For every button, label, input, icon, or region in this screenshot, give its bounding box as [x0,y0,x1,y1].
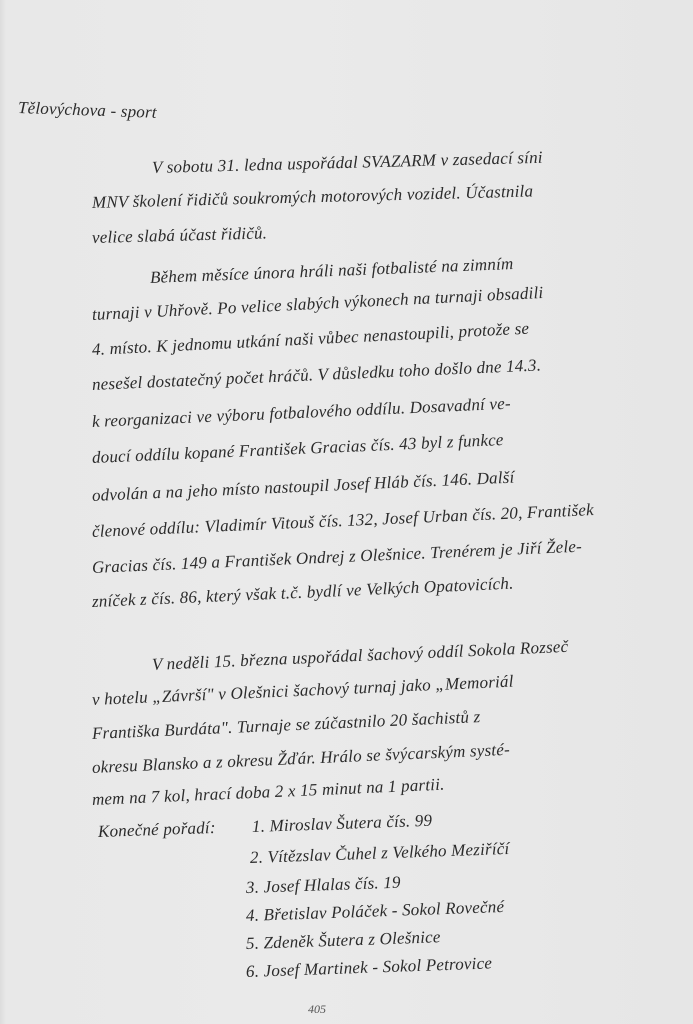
scanned-page: Tělovýchova - sport V sobotu 31. ledna u… [0,0,693,1024]
ranking-entry-4: 4. Břetislav Poláček - Sokol Rovečné [246,897,505,926]
ranking-entry-2: 2. Vítězslav Čuhel z Velkého Meziříčí [250,839,510,868]
paragraph-3-line-2: v hotelu „Závrší" v Olešnici šachový tur… [92,672,514,710]
page-number: 405 [308,1002,326,1017]
paragraph-2-line-10: zníček z čís. 86, který však t.č. bydlí … [92,574,514,612]
ranking-entry-1: 1. Miroslav Šutera čís. 99 [252,811,433,837]
paragraph-2-line-9: Gracias čís. 149 a František Ondrej z Ol… [92,537,583,578]
paragraph-2-line-4: nesešel dostatečný počet hráčů. V důsled… [92,355,542,395]
ranking-entry-5: 5. Zdeněk Šutera z Olešnice [246,927,441,954]
paragraph-1-line-2: MNV školení řidičů soukromých motorových… [92,181,534,213]
paragraph-3-line-4: okresu Blansko a z okresu Žďár. Hrálo se… [92,740,511,778]
paragraph-2-line-1: Během měsíce února hráli naši fotbalisté… [150,254,514,288]
paragraph-3-line-1: V neděli 15. března uspořádal šachový od… [152,637,569,675]
paragraph-2-line-3: 4. místo. K jednomu utkání naši vůbec ne… [92,319,530,360]
paragraph-2-line-6: doucí oddílu kopané František Gracias čí… [92,430,504,468]
paragraph-3-line-5: mem na 7 kol, hrací doba 2 x 15 minut na… [92,775,445,810]
ranking-entry-6: 6. Josef Martinek - Sokol Petrovice [246,953,493,982]
paragraph-2-line-8: členové oddílu: Vladimír Vitouš čís. 132… [92,500,595,542]
paragraph-3-line-3: Františka Burdáta". Turnaje se zúčastnil… [92,707,481,744]
paragraph-2-line-5: k reorganizaci ve výboru fotbalového odd… [92,394,512,432]
section-heading: Tělovýchova - sport [18,98,157,123]
paragraph-2-line-7: odvolán a na jeho místo nastoupil Josef … [92,468,515,506]
final-ranking-label: Konečné pořadí: [98,818,216,842]
ranking-entry-3: 3. Josef Hlalas čís. 19 [246,873,401,898]
paragraph-1-line-3: velice slabá účast řidičů. [92,223,268,248]
paragraph-2-line-2: turnaji v Uhřově. Po velice slabých výko… [92,283,544,325]
paragraph-1-line-1: V sobotu 31. ledna uspořádal SVAZARM v z… [152,148,543,178]
